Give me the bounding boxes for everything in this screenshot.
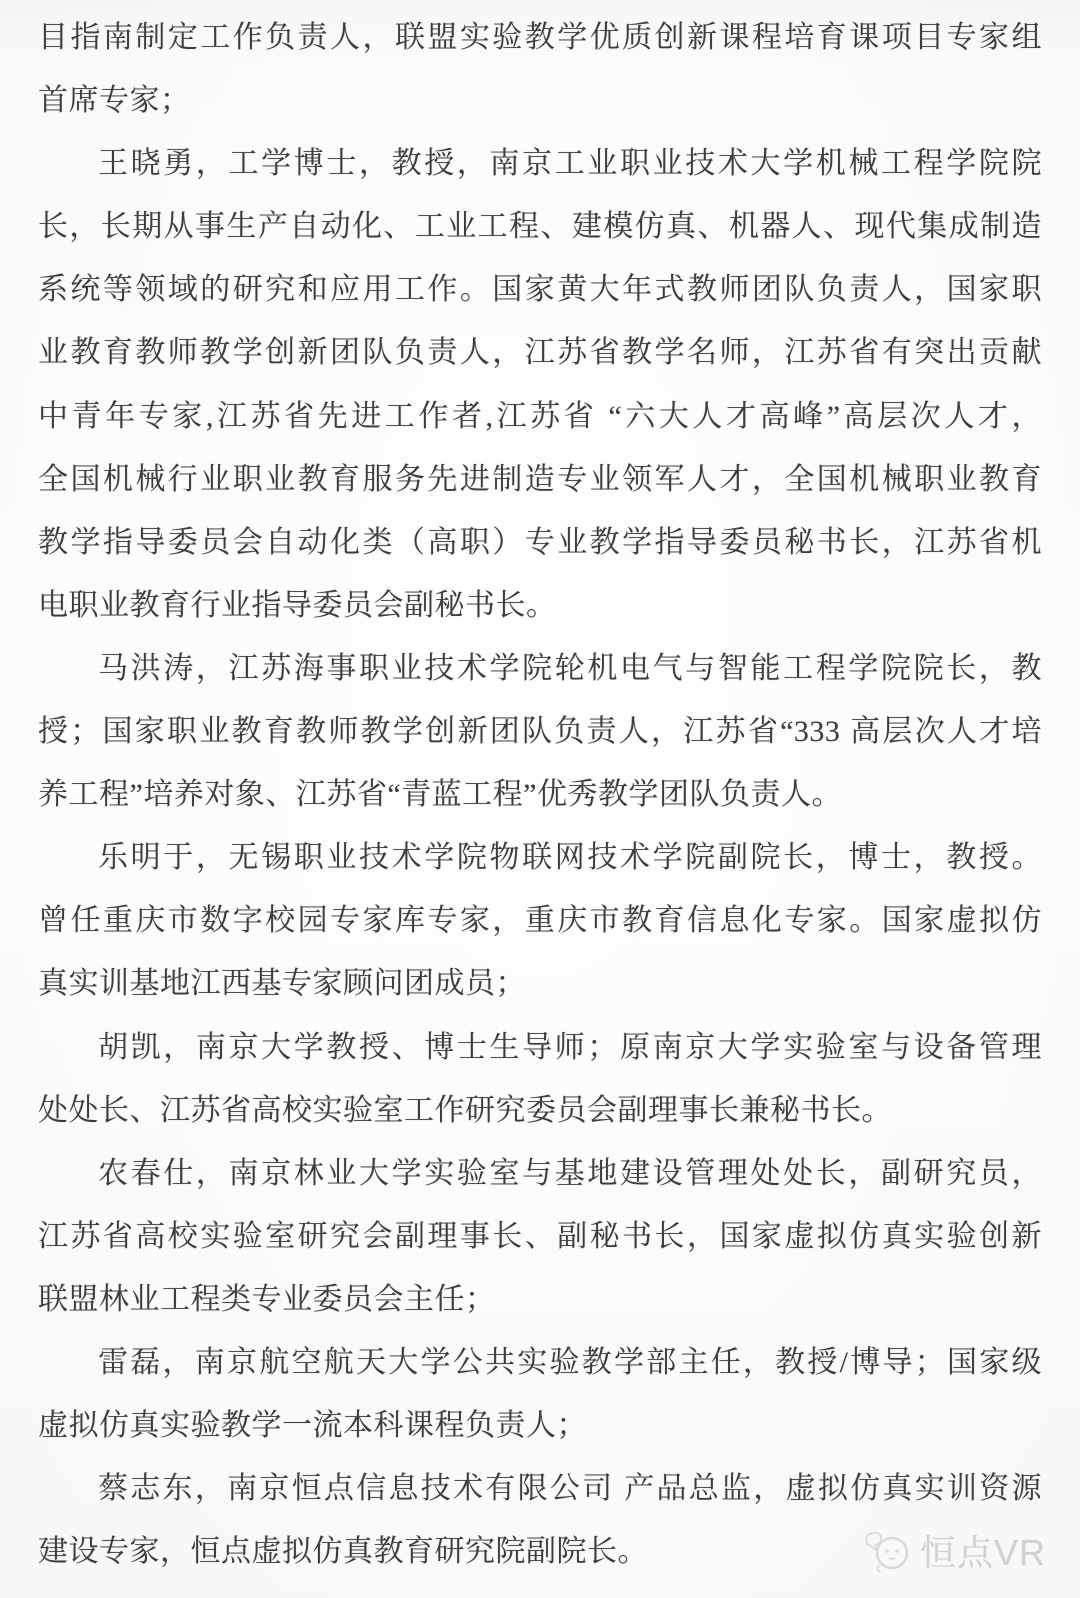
document-page: 目指南制定工作负责人，联盟实验教学优质创新课程培育课项目专家组首席专家；王晓勇，… xyxy=(0,0,1080,1598)
text-line: 首席专家； xyxy=(38,69,1042,132)
text-line: 目指南制定工作负责人，联盟实验教学优质创新课程培育课项目专家组 xyxy=(38,6,1042,69)
text-line: 教学指导委员会自动化类（高职）专业教学指导委员秘书长，江苏省机 xyxy=(38,511,1042,574)
text-line: 授；国家职业教育教师教学创新团队负责人，江苏省“333 高层次人才培 xyxy=(38,700,1042,763)
text-line: 乐明于，无锡职业技术学院物联网技术学院副院长，博士，教授。 xyxy=(38,826,1042,889)
document-body: 目指南制定工作负责人，联盟实验教学优质创新课程培育课项目专家组首席专家；王晓勇，… xyxy=(38,6,1042,1583)
text-line: 全国机械行业职业教育服务先进制造专业领军人才，全国机械职业教育 xyxy=(38,448,1042,511)
text-line: 真实训基地江西基专家顾问团成员； xyxy=(38,952,1042,1015)
text-line: 王晓勇，工学博士，教授，南京工业职业技术大学机械工程学院院 xyxy=(38,132,1042,195)
text-line: 处处长、江苏省高校实验室工作研究委员会副理事长兼秘书长。 xyxy=(38,1079,1042,1142)
text-line: 联盟林业工程类专业委员会主任； xyxy=(38,1268,1042,1331)
text-line: 胡凯，南京大学教授、博士生导师；原南京大学实验室与设备管理 xyxy=(38,1016,1042,1079)
text-line: 蔡志东，南京恒点信息技术有限公司 产品总监，虚拟仿真实训资源 xyxy=(38,1457,1042,1520)
text-line: 养工程”培养对象、江苏省“青蓝工程”优秀教学团队负责人。 xyxy=(38,763,1042,826)
text-line: 江苏省高校实验室研究会副理事长、副秘书长，国家虚拟仿真实验创新 xyxy=(38,1205,1042,1268)
text-line: 中青年专家,江苏省先进工作者,江苏省 “六大人才高峰”高层次人才， xyxy=(38,385,1042,448)
text-line: 马洪涛，江苏海事职业技术学院轮机电气与智能工程学院院长，教 xyxy=(38,637,1042,700)
text-line: 业教育教师教学创新团队负责人，江苏省教学名师，江苏省有突出贡献 xyxy=(38,321,1042,384)
text-line: 雷磊，南京航空航天大学公共实验教学部主任，教授/博导；国家级 xyxy=(38,1331,1042,1394)
text-line: 系统等领域的研究和应用工作。国家黄大年式教师团队负责人，国家职 xyxy=(38,258,1042,321)
text-line: 农春仕，南京林业大学实验室与基地建设管理处处长，副研究员， xyxy=(38,1142,1042,1205)
text-line: 建设专家，恒点虚拟仿真教育研究院副院长。 xyxy=(38,1520,1042,1583)
text-line: 长，长期从事生产自动化、工业工程、建模仿真、机器人、现代集成制造 xyxy=(38,195,1042,258)
text-line: 曾任重庆市数字校园专家库专家，重庆市教育信息化专家。国家虚拟仿 xyxy=(38,889,1042,952)
text-line: 电职业教育行业指导委员会副秘书长。 xyxy=(38,574,1042,637)
text-line: 虚拟仿真实验教学一流本科课程负责人； xyxy=(38,1394,1042,1457)
